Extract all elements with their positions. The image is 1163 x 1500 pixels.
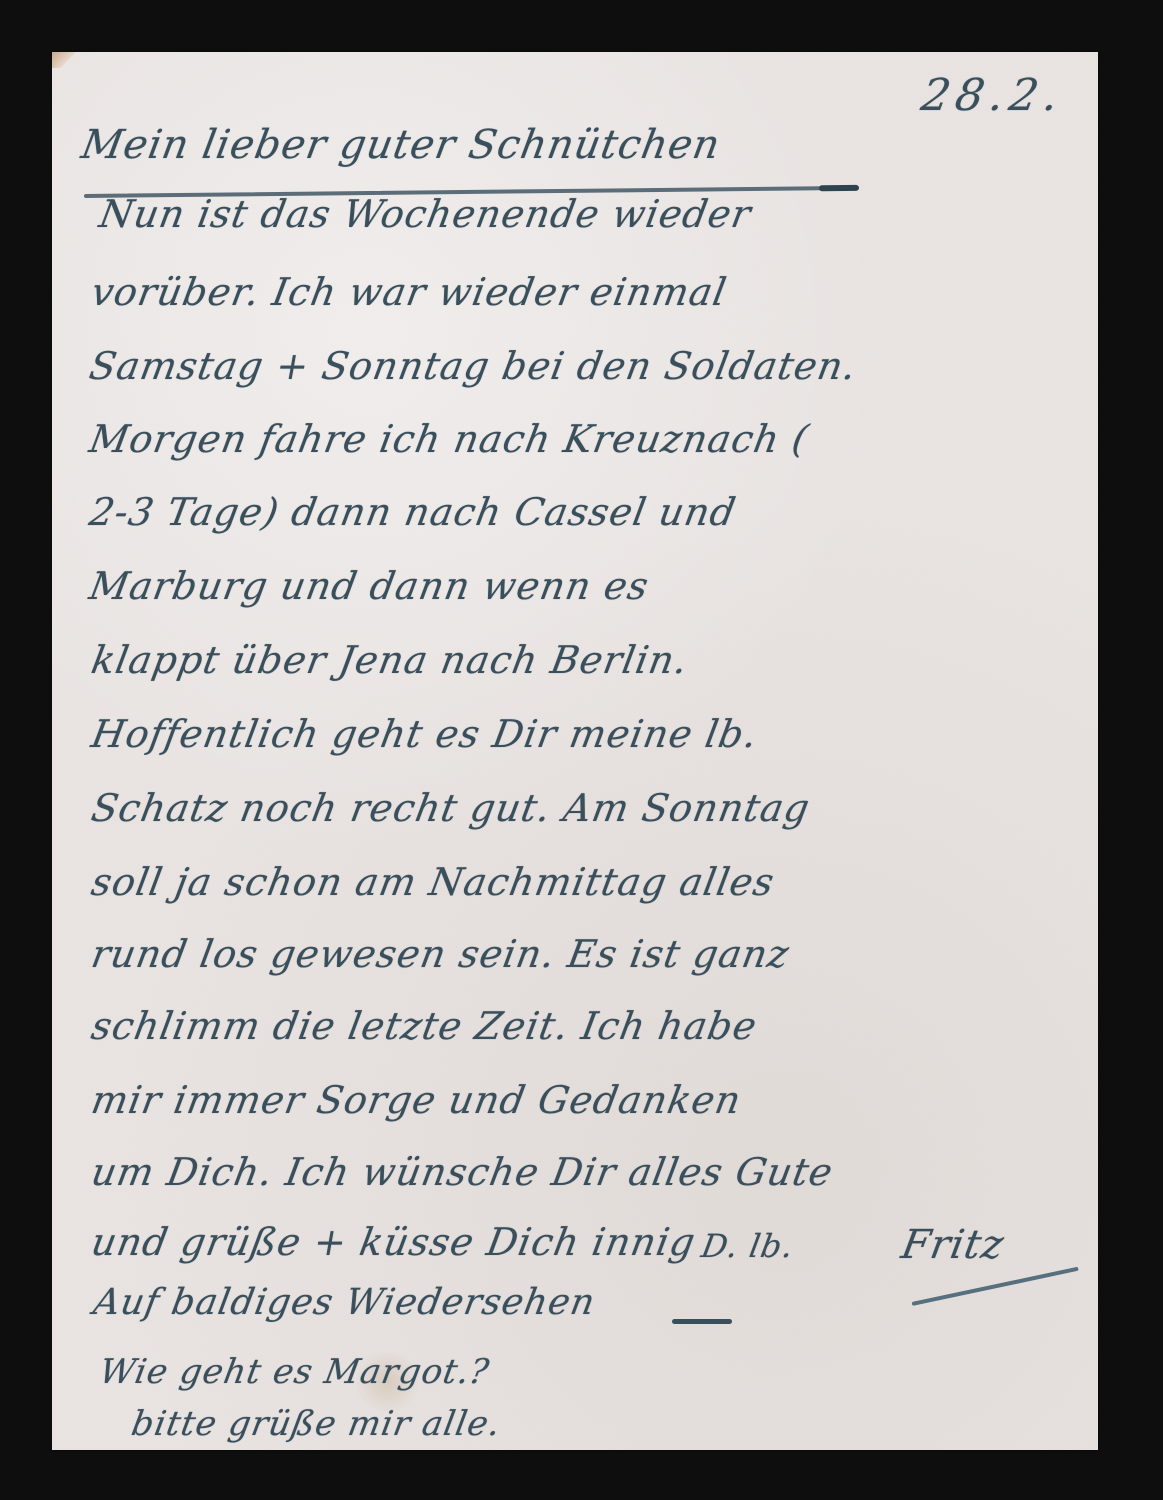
body-line-14: um Dich. Ich wünsche Dir alles Gute [88, 1150, 837, 1194]
body-line-15: und grüße + küsse Dich innig [88, 1220, 699, 1264]
salutation: Mein lieber guter Schnütchen [78, 122, 724, 168]
signature-underline [912, 1267, 1079, 1306]
body-line-10: soll ja schon am Nachmittag alles [88, 860, 778, 904]
body-line-1: Nun ist das Wochenende wieder [96, 192, 755, 236]
body-line-8: Hoffentlich geht es Dir meine lb. [88, 712, 761, 756]
body-line-5: 2-3 Tage) dann nach Cassel und [86, 490, 740, 534]
scanned-document: 28.2. Mein lieber guter Schnütchen Nun i… [0, 0, 1163, 1500]
corner-fold [52, 52, 76, 68]
postscript-line-1: Wie geht es Margot.? [96, 1352, 492, 1392]
closing-line: Auf baldiges Wiedersehen [90, 1282, 598, 1323]
body-line-11: rund los gewesen sein. Es ist ganz [88, 932, 793, 976]
letter-card: 28.2. Mein lieber guter Schnütchen Nun i… [52, 52, 1098, 1450]
body-line-12: schlimm die letzte Zeit. Ich habe [88, 1004, 761, 1048]
postscript-line-2: bitte grüße mir alle. [128, 1404, 504, 1444]
body-line-7: klappt über Jena nach Berlin. [88, 638, 691, 682]
body-line-3: Samstag + Sonntag bei den Soldaten. [86, 344, 860, 388]
body-line-4: Morgen fahre ich nach Kreuznach ( [86, 417, 812, 461]
body-line-13: mir immer Sorge und Gedanken [88, 1078, 745, 1122]
body-line-9: Schatz noch recht gut. Am Sonntag [88, 786, 813, 830]
body-line-6: Marburg und dann wenn es [86, 564, 652, 608]
signature-prefix: D. lb. [699, 1227, 797, 1265]
closing-flourish [672, 1319, 732, 1324]
signature: Fritz [898, 1222, 1008, 1268]
body-line-2: vorüber. Ich war wieder einmal [88, 270, 730, 314]
letter-date: 28.2. [918, 70, 1069, 121]
